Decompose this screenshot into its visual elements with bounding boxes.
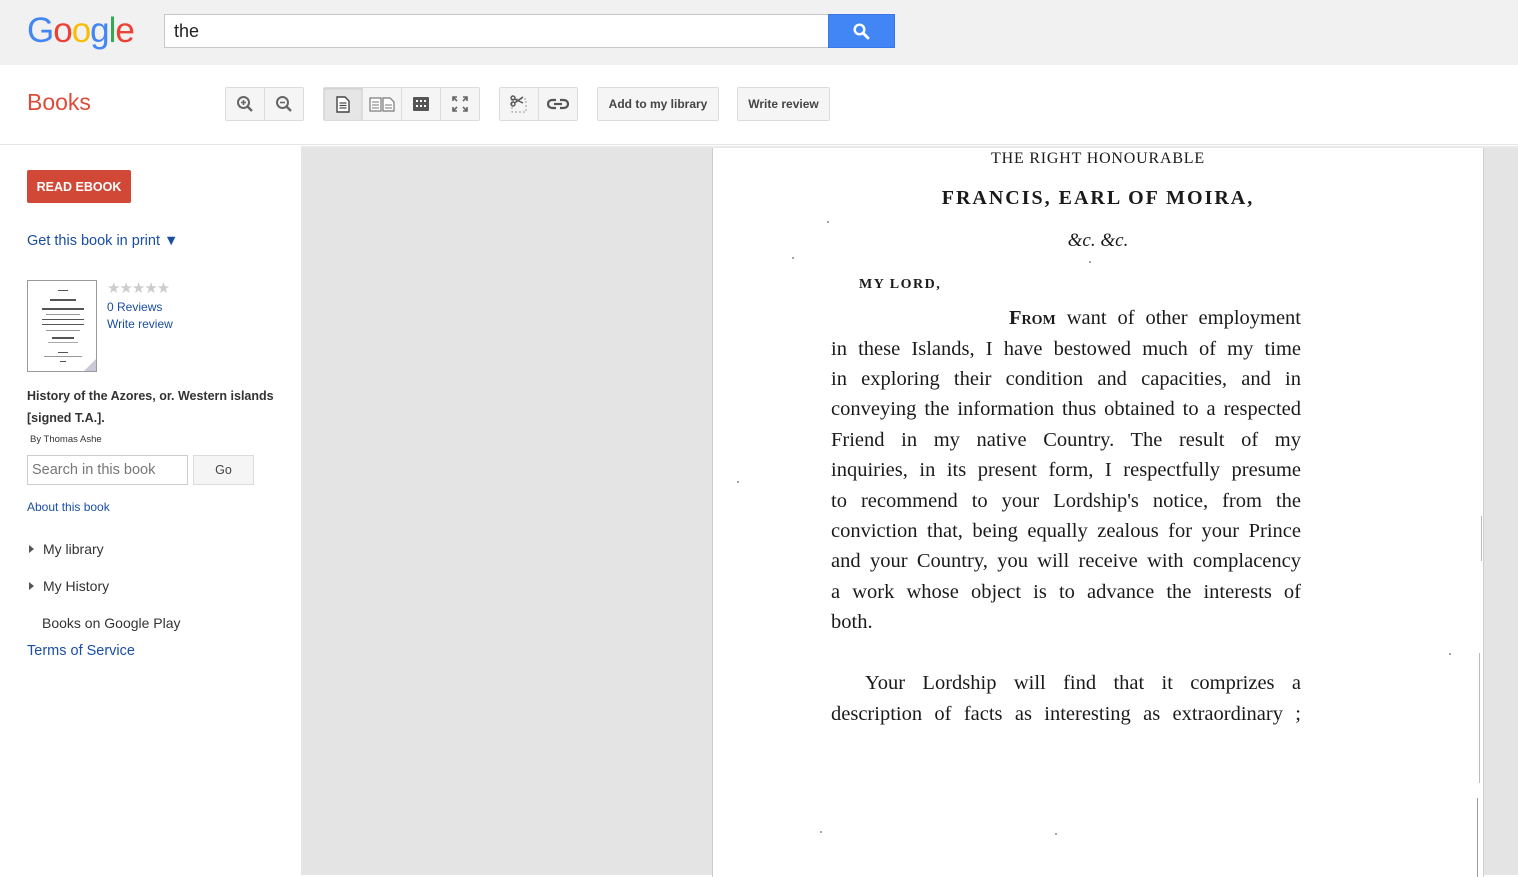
page-first-word: From: [1009, 307, 1056, 329]
write-review-button[interactable]: Write review: [737, 87, 830, 121]
search-in-book-input[interactable]: [27, 455, 188, 485]
scan-edge-mark: [1479, 653, 1480, 783]
page-text-line: conviction that, being equally zealous f…: [831, 520, 1301, 543]
book-viewer[interactable]: THE RIGHT HONOURABLE FRANCIS, EARL OF MO…: [301, 146, 1518, 875]
sidebar-write-review-link[interactable]: Write review: [107, 317, 173, 331]
scan-speck: [1055, 833, 1057, 835]
page-heading-etc: &c. &c.: [713, 230, 1483, 252]
get-book-in-print-link[interactable]: Get this book in print ▼: [27, 233, 178, 249]
page-text-line: in these Islands, I have bestowed much o…: [831, 338, 1301, 361]
clip-button[interactable]: [499, 87, 539, 121]
google-logo[interactable]: Google: [27, 12, 134, 50]
logo-letter: e: [115, 12, 133, 50]
two-page-icon: [369, 96, 395, 113]
page-curl-icon: [84, 359, 96, 371]
two-page-view-button[interactable]: [362, 87, 402, 121]
cover-line: [42, 324, 84, 325]
cover-line: [48, 342, 78, 343]
scan-speck: [1089, 261, 1091, 263]
search-icon: [853, 23, 870, 40]
page-text-line: and your Country, you will receive with …: [831, 550, 1301, 573]
search-in-book-go-button[interactable]: Go: [193, 455, 254, 485]
nav-books-on-google-play[interactable]: Books on Google Play: [27, 615, 181, 631]
zoom-button-group: [225, 87, 304, 121]
read-ebook-button[interactable]: READ EBOOK: [27, 170, 131, 203]
link-button[interactable]: [538, 87, 578, 121]
book-title: History of the Azores, or. Western islan…: [27, 385, 277, 429]
scan-speck: [827, 221, 829, 223]
page-text-line: From want of other employment: [1009, 307, 1301, 330]
nav-label: My library: [43, 541, 104, 557]
scan-speck: [792, 257, 794, 259]
page-heading-dedication: THE RIGHT HONOURABLE: [713, 150, 1483, 168]
add-to-library-button[interactable]: Add to my library: [597, 87, 719, 121]
tools-button-group: [499, 87, 578, 121]
expand-triangle-icon: [29, 545, 34, 553]
logo-letter: o: [72, 12, 90, 50]
logo-letter: o: [53, 12, 71, 50]
link-icon: [547, 98, 569, 110]
book-author: By Thomas Ashe: [30, 434, 102, 445]
thumbnails-icon: [413, 97, 429, 111]
fullscreen-button[interactable]: [440, 87, 480, 121]
cover-line: [58, 290, 68, 291]
expand-triangle-icon: [29, 582, 34, 590]
logo-letter: l: [109, 12, 116, 50]
fullscreen-icon: [451, 95, 469, 113]
page-text-line: in exploring their condition and capacit…: [831, 368, 1301, 391]
scan-speck: [737, 481, 739, 483]
terms-of-service-link[interactable]: Terms of Service: [27, 643, 135, 659]
single-page-icon: [336, 96, 350, 113]
books-toolbar: Books Add to my library Write review: [0, 65, 1518, 145]
about-this-book-link[interactable]: About this book: [27, 500, 110, 514]
books-section-title[interactable]: Books: [27, 89, 91, 116]
cover-line: [42, 319, 84, 320]
cover-line: [58, 352, 68, 353]
reviews-count-link[interactable]: 0 Reviews: [107, 300, 162, 314]
page-text-line: to recommend to your Lordship's notice, …: [831, 490, 1301, 513]
cover-line: [50, 299, 76, 301]
cover-line: [44, 356, 82, 357]
book-page[interactable]: THE RIGHT HONOURABLE FRANCIS, EARL OF MO…: [712, 148, 1484, 875]
page-salutation: MY LORD,: [859, 277, 941, 293]
single-page-view-button[interactable]: [323, 87, 363, 121]
view-button-group: [323, 87, 480, 121]
nav-label: My History: [43, 578, 109, 594]
zoom-in-icon: [236, 95, 254, 113]
zoom-out-icon: [275, 95, 293, 113]
search-input[interactable]: [164, 14, 829, 48]
book-cover-thumbnail[interactable]: [27, 280, 97, 372]
cover-line: [52, 337, 74, 339]
cover-line: [60, 361, 66, 362]
page-text-line: conveying the information thus obtained …: [831, 398, 1301, 421]
logo-letter: g: [90, 12, 108, 50]
page-text-line: inquiries, in its present form, I respec…: [831, 459, 1301, 482]
search-button[interactable]: [828, 14, 895, 48]
scan-speck: [820, 831, 822, 833]
page-text-line: description of facts as interesting as e…: [831, 703, 1301, 726]
page-text-line: Friend in my native Country. The result …: [831, 429, 1301, 452]
page-text-line: a work whose object is to advance the in…: [831, 581, 1301, 604]
clip-icon: [509, 94, 529, 114]
scan-edge-mark: [1477, 798, 1478, 875]
rating-stars: ★★★★★: [107, 279, 169, 297]
page-heading-name: FRANCIS, EARL OF MOIRA,: [713, 187, 1483, 210]
google-top-bar: Google: [0, 0, 1518, 65]
zoom-in-button[interactable]: [225, 87, 265, 121]
book-sidebar: READ EBOOK Get this book in print ▼ ★★★★…: [0, 146, 301, 875]
cover-line: [46, 330, 80, 331]
nav-my-library[interactable]: My library: [27, 541, 104, 557]
page-first-line-rest: want of other employment: [1067, 307, 1301, 329]
search-bar: [164, 14, 895, 48]
zoom-out-button[interactable]: [264, 87, 304, 121]
nav-label: Books on Google Play: [42, 615, 181, 631]
logo-letter: G: [27, 12, 53, 50]
scan-speck: [1449, 653, 1451, 655]
scan-edge-mark: [1481, 516, 1482, 561]
page-text-line: both.: [831, 611, 1301, 634]
cover-line: [42, 308, 84, 310]
page-text-line: Your Lordship will find that it comprize…: [865, 672, 1301, 695]
nav-my-history[interactable]: My History: [27, 578, 109, 594]
cover-line: [46, 314, 80, 315]
thumbnails-view-button[interactable]: [401, 87, 441, 121]
